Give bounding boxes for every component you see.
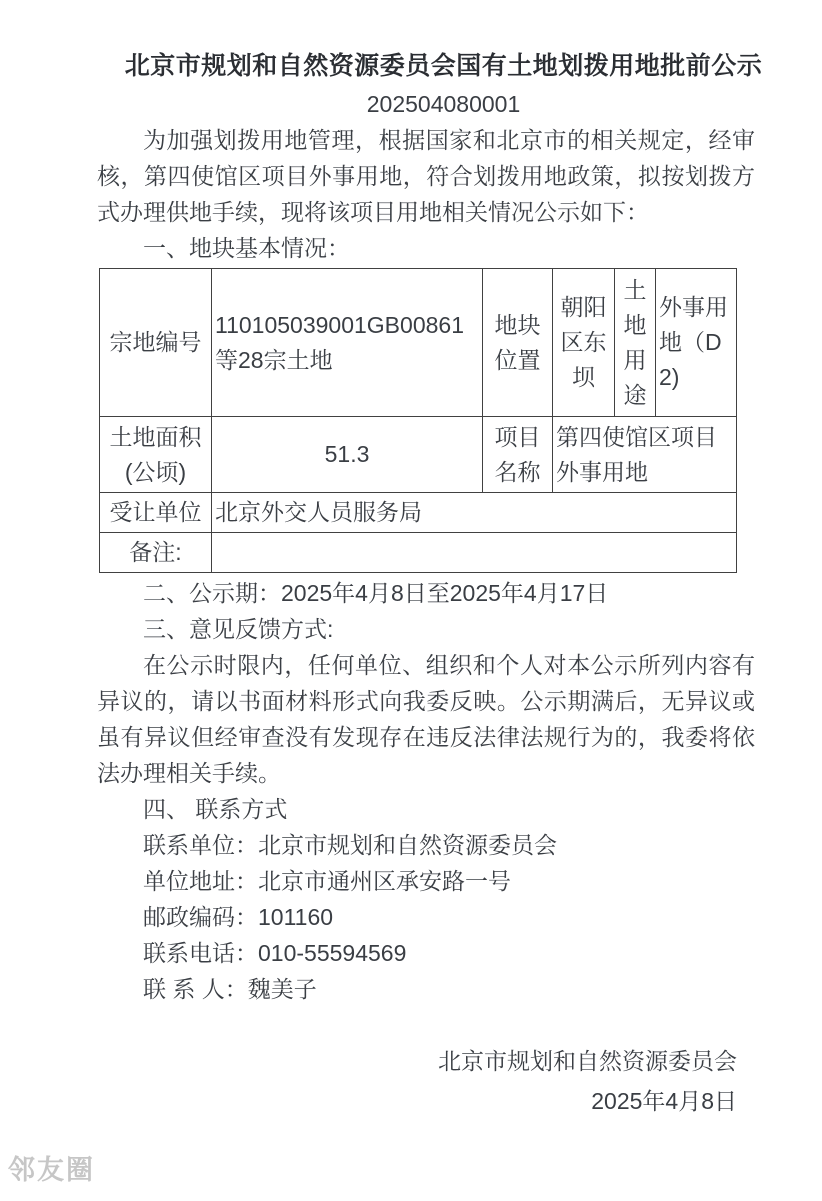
section3-heading: 三、意见反馈方式: [97,611,755,647]
remarks-value [212,533,737,573]
contact-postcode-line: 邮政编码：101160 [97,899,755,935]
project-name-label: 项目名称 [483,417,553,493]
remarks-label: 备注: [100,533,212,573]
intro-paragraph: 为加强划拨用地管理，根据国家和北京市的相关规定，经审核，第四使馆区项目外事用地，… [97,122,755,230]
page-title: 北京市规划和自然资源委员会国有土地划拨用地批前公示 [97,46,790,86]
table-row: 受让单位 北京外交人员服务局 [100,493,737,533]
signature-block: 北京市规划和自然资源委员会 2025年4月8日 [97,1041,737,1121]
notice-document: 北京市规划和自然资源委员会国有土地划拨用地批前公示 202504080001 为… [0,0,822,1121]
section1-heading: 一、地块基本情况： [97,230,755,266]
contact-phone-line: 联系电话：010-55594569 [97,935,755,971]
linyouquan-watermark: 邻友圈 [8,1148,95,1187]
location-label: 地块位置 [483,269,553,417]
parcel-number-label: 宗地编号 [100,269,212,417]
section3-paragraph: 在公示时限内，任何单位、组织和个人对本公示所列内容有异议的，请以书面材料形式向我… [97,647,755,791]
project-name-value: 第四使馆区项目外事用地 [553,417,737,493]
location-value: 朝阳区东坝 [553,269,615,417]
table-row: 备注: [100,533,737,573]
land-area-label: 土地面积(公顷) [100,417,212,493]
transferee-label: 受让单位 [100,493,212,533]
doc-number: 202504080001 [97,86,790,122]
signature-date: 2025年4月8日 [97,1081,737,1121]
contact-org-line: 联系单位：北京市规划和自然资源委员会 [97,827,755,863]
land-use-label: 土地用途 [615,269,656,417]
land-area-value: 51.3 [212,417,483,493]
contact-address-line: 单位地址：北京市通州区承安路一号 [97,863,755,899]
land-use-value: 外事用地（D2) [656,269,737,417]
contact-person-line: 联 系 人：魏美子 [97,971,755,1007]
table-row: 宗地编号 110105039001GB00861等28宗土地 地块位置 朝阳区东… [100,269,737,417]
transferee-value: 北京外交人员服务局 [212,493,737,533]
parcel-number-value: 110105039001GB00861等28宗土地 [212,269,483,417]
signature-org: 北京市规划和自然资源委员会 [97,1041,737,1081]
section4-heading: 四、 联系方式 [97,791,755,827]
land-info-table: 宗地编号 110105039001GB00861等28宗土地 地块位置 朝阳区东… [99,268,737,573]
section2-line: 二、公示期：2025年4月8日至2025年4月17日 [97,575,755,611]
table-row: 土地面积(公顷) 51.3 项目名称 第四使馆区项目外事用地 [100,417,737,493]
